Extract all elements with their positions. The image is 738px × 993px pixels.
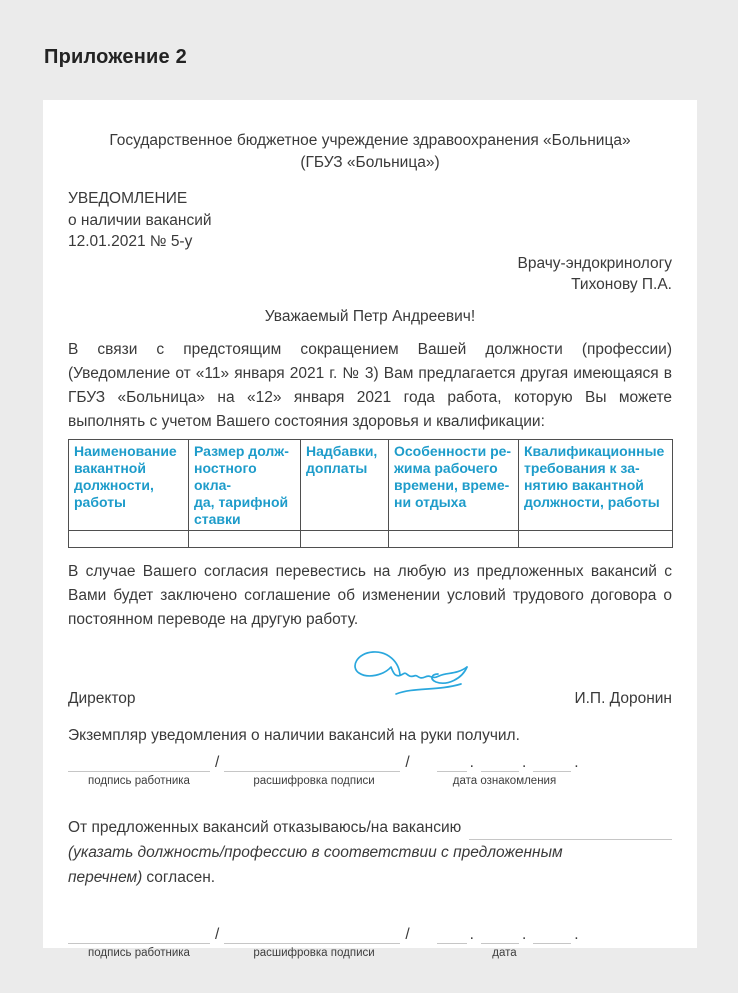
label-signature-transcript: расшифровка подписи bbox=[226, 775, 402, 787]
slash-separator: / bbox=[405, 754, 409, 772]
transcript-blank bbox=[224, 756, 400, 772]
intro-paragraph: В связи с предстоящим сокращением Вашей … bbox=[68, 338, 672, 434]
label-signature-transcript: расшифровка подписи bbox=[226, 947, 402, 959]
date-year-blank bbox=[533, 928, 571, 944]
empty-cell bbox=[189, 530, 301, 547]
signature-row-1: //... bbox=[68, 754, 672, 772]
refusal-section: От предложенных вакансий отказываюсь/на … bbox=[68, 815, 672, 890]
document-card: Государственное бюджетное учреждение здр… bbox=[43, 100, 697, 948]
refusal-note-line: (указать должность/профессию в соответст… bbox=[68, 840, 672, 890]
director-label: Директор bbox=[68, 690, 136, 708]
vacancies-table: Наименование вакантной должности, работы… bbox=[68, 439, 673, 548]
signature-blank bbox=[68, 928, 210, 944]
notice-date-number: 12.01.2021 № 5-у bbox=[68, 231, 672, 253]
dot-separator: . bbox=[470, 754, 474, 772]
vacancy-name-blank bbox=[469, 820, 672, 840]
page-title: Приложение 2 bbox=[44, 46, 187, 69]
dot-separator: . bbox=[470, 926, 474, 944]
notice-title: УВЕДОМЛЕНИЕ bbox=[68, 188, 672, 210]
date-day-blank bbox=[437, 928, 467, 944]
label-date: дата bbox=[432, 947, 577, 959]
col-header-schedule: Особенности ре- жима рабочего времени, в… bbox=[389, 439, 519, 530]
col-header-bonuses: Надбавки, доплаты bbox=[301, 439, 389, 530]
refusal-line: От предложенных вакансий отказываюсь/на … bbox=[68, 815, 672, 840]
label-employee-signature: подпись работника bbox=[68, 947, 210, 959]
dot-separator: . bbox=[574, 926, 578, 944]
dot-separator: . bbox=[574, 754, 578, 772]
refusal-text: От предложенных вакансий отказываюсь/на … bbox=[68, 815, 461, 840]
notice-subtitle: о наличии вакансий bbox=[68, 210, 672, 232]
addressee-position: Врачу-эндокринологу bbox=[68, 253, 672, 275]
col-header-vacancy-name: Наименование вакантной должности, работы bbox=[69, 439, 189, 530]
empty-cell bbox=[389, 530, 519, 547]
signature-labels-1: подпись работника расшифровка подписи да… bbox=[68, 775, 672, 791]
addressee-block: Врачу-эндокринологу Тихонову П.А. bbox=[68, 253, 672, 296]
dot-separator: . bbox=[522, 926, 526, 944]
organization-abbr-line: (ГБУЗ «Больница») bbox=[68, 152, 672, 174]
organization-title: Государственное бюджетное учреждение здр… bbox=[68, 130, 672, 174]
agreement-paragraph: В случае Вашего согласия перевестись на … bbox=[68, 560, 672, 632]
addressee-name: Тихонову П.А. bbox=[68, 274, 672, 296]
receipt-statement: Экземпляр уведомления о наличии вакансий… bbox=[68, 724, 672, 748]
director-signature-row: Директор И.П. Доронин bbox=[68, 668, 672, 708]
refusal-note-end: согласен. bbox=[146, 869, 215, 886]
empty-cell bbox=[69, 530, 189, 547]
date-year-blank bbox=[533, 756, 571, 772]
col-header-salary: Размер долж- ностного окла- да, тарифной… bbox=[189, 439, 301, 530]
label-employee-signature: подпись работника bbox=[68, 775, 210, 787]
date-day-blank bbox=[437, 756, 467, 772]
director-name: И.П. Доронин bbox=[574, 690, 672, 708]
notice-heading-block: УВЕДОМЛЕНИЕ о наличии вакансий 12.01.202… bbox=[68, 188, 672, 253]
table-empty-row bbox=[69, 530, 673, 547]
label-acquaintance-date: дата ознакомления bbox=[432, 775, 577, 787]
signature-labels-2: подпись работника расшифровка подписи да… bbox=[68, 947, 672, 963]
table-header-row: Наименование вакантной должности, работы… bbox=[69, 439, 673, 530]
refusal-note-italic: (указать должность/профессию в соответст… bbox=[68, 844, 563, 886]
transcript-blank bbox=[224, 928, 400, 944]
slash-separator: / bbox=[405, 926, 409, 944]
salutation: Уважаемый Петр Андреевич! bbox=[68, 308, 672, 326]
date-month-blank bbox=[481, 928, 519, 944]
director-signature bbox=[346, 646, 476, 706]
signature-blank bbox=[68, 756, 210, 772]
date-month-blank bbox=[481, 756, 519, 772]
empty-cell bbox=[519, 530, 673, 547]
signature-row-2: //... bbox=[68, 926, 672, 944]
organization-name-line: Государственное бюджетное учреждение здр… bbox=[68, 130, 672, 152]
slash-separator: / bbox=[215, 926, 219, 944]
dot-separator: . bbox=[522, 754, 526, 772]
signature-block-2: //... подпись работника расшифровка подп… bbox=[68, 926, 672, 963]
slash-separator: / bbox=[215, 754, 219, 772]
empty-cell bbox=[301, 530, 389, 547]
col-header-qualification: Квалификационные требования к за- нятию … bbox=[519, 439, 673, 530]
